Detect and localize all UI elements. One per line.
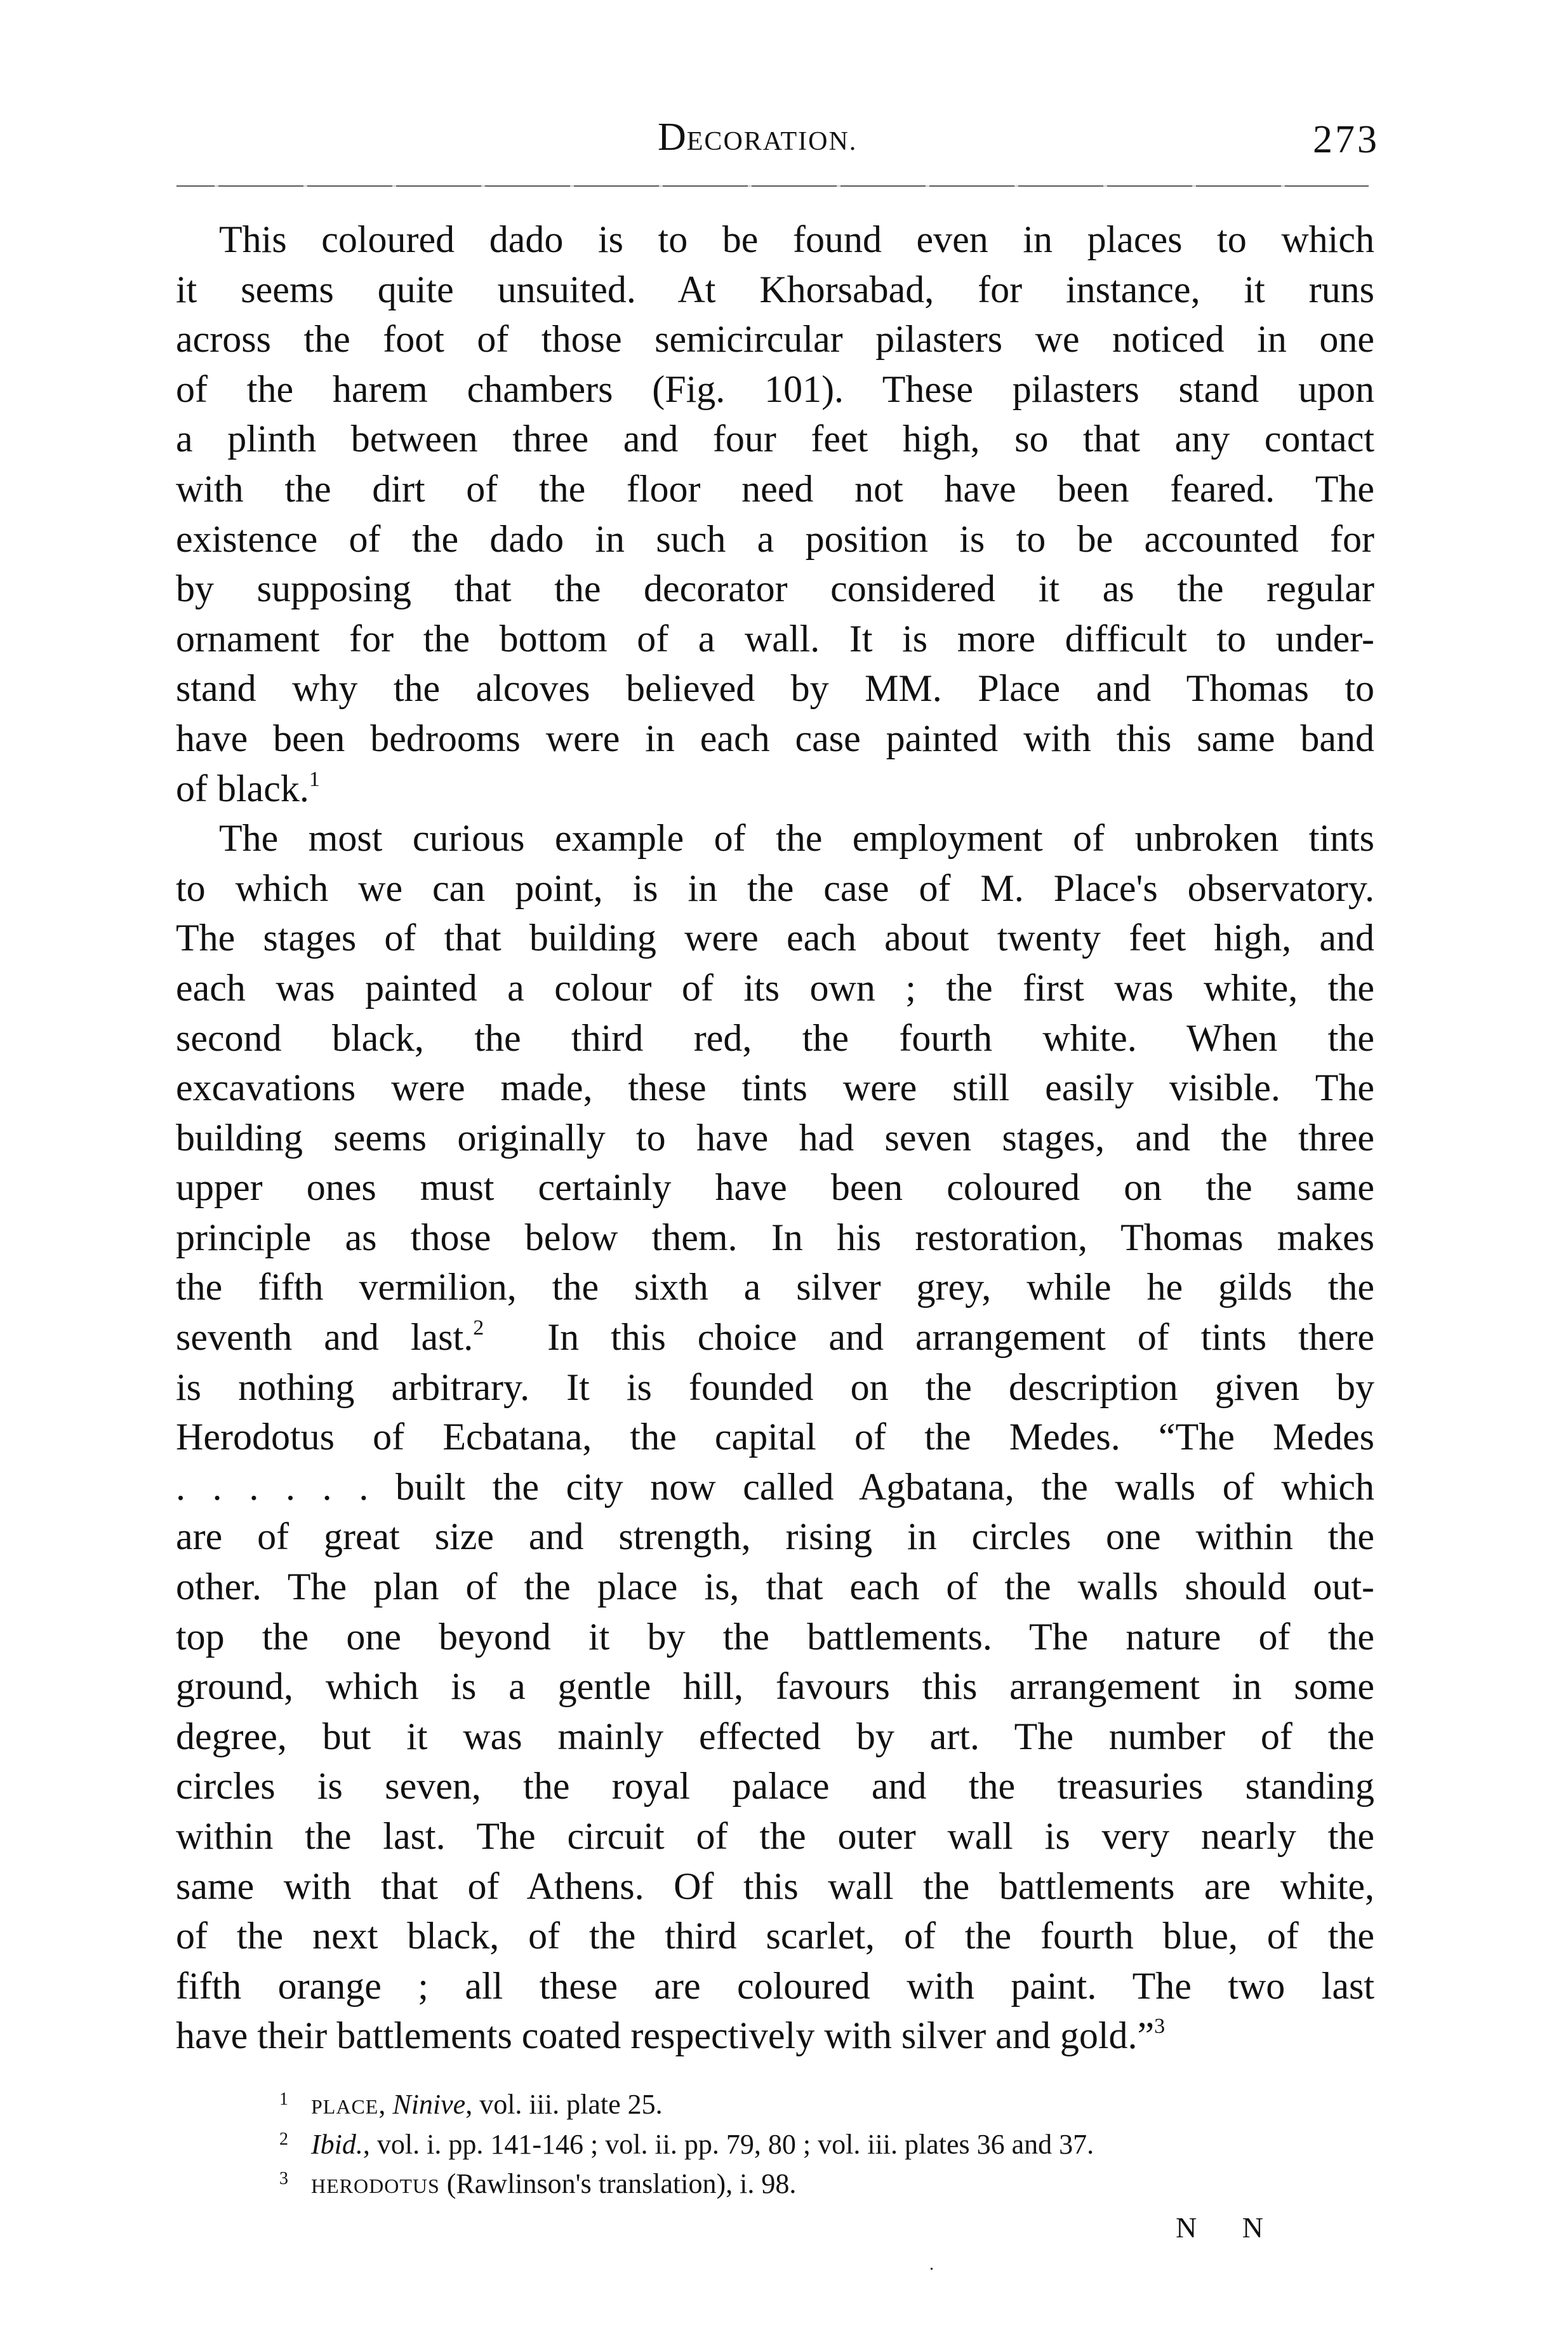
running-head: DECORATION. <box>658 118 857 161</box>
paragraph-1-line: have been bedrooms were in each case pai… <box>176 714 1374 764</box>
paragraph-1-line: with the dirt of the floor need not have… <box>176 464 1374 514</box>
paragraph-2-line: excavations were made, these tints were … <box>176 1063 1374 1113</box>
footnote-number: 2 <box>279 2120 311 2160</box>
paragraph-1-line: This coloured dado is to be found even i… <box>176 215 1374 265</box>
paragraph-2-line: same with that of Athens. Of this wall t… <box>176 1861 1374 1912</box>
footnote-ref-1[interactable]: 1 <box>309 768 320 791</box>
footnote-2: 2Ibid., vol. i. pp. 141-146 ; vol. ii. p… <box>279 2125 1359 2165</box>
paragraph-2-line: degree, but it was mainly effected by ar… <box>176 1712 1374 1762</box>
running-head-initial: D <box>658 116 687 159</box>
paragraph-2-line: seventh and last.2 In this choice and ar… <box>176 1312 1374 1362</box>
paragraph-1-last-line: of black.1 <box>176 764 1374 814</box>
footnotes: 1Place, Ninive, vol. iii. plate 25. 2Ibi… <box>279 2085 1359 2204</box>
paragraph-2-line: The stages of that building were each ab… <box>176 913 1374 963</box>
paragraph-2-line: building seems originally to have had se… <box>176 1113 1374 1163</box>
signature-mark: N N <box>1176 2213 1282 2242</box>
paragraph-2-line: is nothing arbitrary. It is founded on t… <box>176 1362 1374 1413</box>
footnote-number: 1 <box>279 2080 311 2120</box>
paragraph-2-line: to which we can point, is in the case of… <box>176 863 1374 914</box>
paragraph-1-line: of the harem chambers (Fig. 101). These … <box>176 364 1374 415</box>
line-text: seventh and last. <box>176 1316 473 1358</box>
paragraph-2-line: upper ones must certainly have been colo… <box>176 1162 1374 1213</box>
paragraph-2-line: are of great size and strength, rising i… <box>176 1512 1374 1562</box>
footnote-author: Herodotus <box>311 2174 440 2197</box>
footnote-title: Ninive <box>392 2089 465 2120</box>
footnote-ref-3[interactable]: 3 <box>1154 2014 1165 2038</box>
paragraph-2-last-line: have their battlements coated respective… <box>176 2011 1374 2061</box>
line-text: In this choice and arrangement of tints … <box>547 1316 1374 1358</box>
header-rule <box>176 185 1369 187</box>
paragraph-2-line: each was painted a colour of its own ; t… <box>176 963 1374 1013</box>
footnote-citation: , vol. i. pp. 141-146 ; vol. ii. pp. 79,… <box>363 2129 1094 2160</box>
paragraph-2-line: circles is seven, the royal palace and t… <box>176 1761 1374 1811</box>
footnote-author: Place <box>311 2095 378 2118</box>
paragraph-2-line: other. The plan of the place is, that ea… <box>176 1562 1374 1612</box>
paragraph-2-line: second black, the third red, the fourth … <box>176 1013 1374 1063</box>
paragraph-1-line: ornament for the bottom of a wall. It is… <box>176 614 1374 664</box>
paragraph-2-line: top the one beyond it by the battlements… <box>176 1612 1374 1662</box>
body-text: This coloured dado is to be found even i… <box>176 215 1374 2061</box>
paragraph-1-line: across the foot of those semicircular pi… <box>176 314 1374 364</box>
paragraph-1-line: by supposing that the decorator consider… <box>176 564 1374 614</box>
footnote-1: 1Place, Ninive, vol. iii. plate 25. <box>279 2085 1359 2125</box>
footnote-citation: , vol. iii. plate 25. <box>465 2089 662 2120</box>
paragraph-2-line: within the last. The circuit of the oute… <box>176 1811 1374 1861</box>
footnote-3: 3Herodotus (Rawlinson's translation), i.… <box>279 2164 1359 2204</box>
paragraph-1-line: existence of the dado in such a position… <box>176 514 1374 564</box>
paragraph-1-line: stand why the alcoves believed by MM. Pl… <box>176 663 1374 714</box>
footnote-ref-2[interactable]: 2 <box>473 1316 484 1340</box>
print-speck <box>931 2268 933 2270</box>
line-text: of black. <box>176 768 309 809</box>
paragraph-2-line: of the next black, of the third scarlet,… <box>176 1911 1374 1961</box>
paragraph-2-line: . . . . . . built the city now called Ag… <box>176 1462 1374 1512</box>
line-text: have their battlements coated respective… <box>176 2014 1154 2056</box>
paragraph-2-line: fifth orange ; all these are coloured wi… <box>176 1961 1374 2011</box>
paragraph-2-line: principle as those below them. In his re… <box>176 1213 1374 1263</box>
paragraph-2-line: ground, which is a gentle hill, favours … <box>176 1661 1374 1712</box>
footnote-number: 3 <box>279 2159 311 2199</box>
footnote-title: Ibid. <box>311 2129 363 2160</box>
paragraph-2-line: Herodotus of Ecbatana, the capital of th… <box>176 1412 1374 1462</box>
paragraph-2-line: The most curious example of the employme… <box>176 813 1374 863</box>
paragraph-1-line: it seems quite unsuited. At Khorsabad, f… <box>176 265 1374 315</box>
paragraph-1-line: a plinth between three and four feet hig… <box>176 414 1374 464</box>
paragraph-2-line: the fifth vermilion, the sixth a silver … <box>176 1262 1374 1312</box>
footnote-citation: (Rawlinson's translation), i. 98. <box>440 2168 797 2199</box>
page-number: 273 <box>1313 121 1379 159</box>
running-head-title: ECORATION. <box>687 127 858 156</box>
